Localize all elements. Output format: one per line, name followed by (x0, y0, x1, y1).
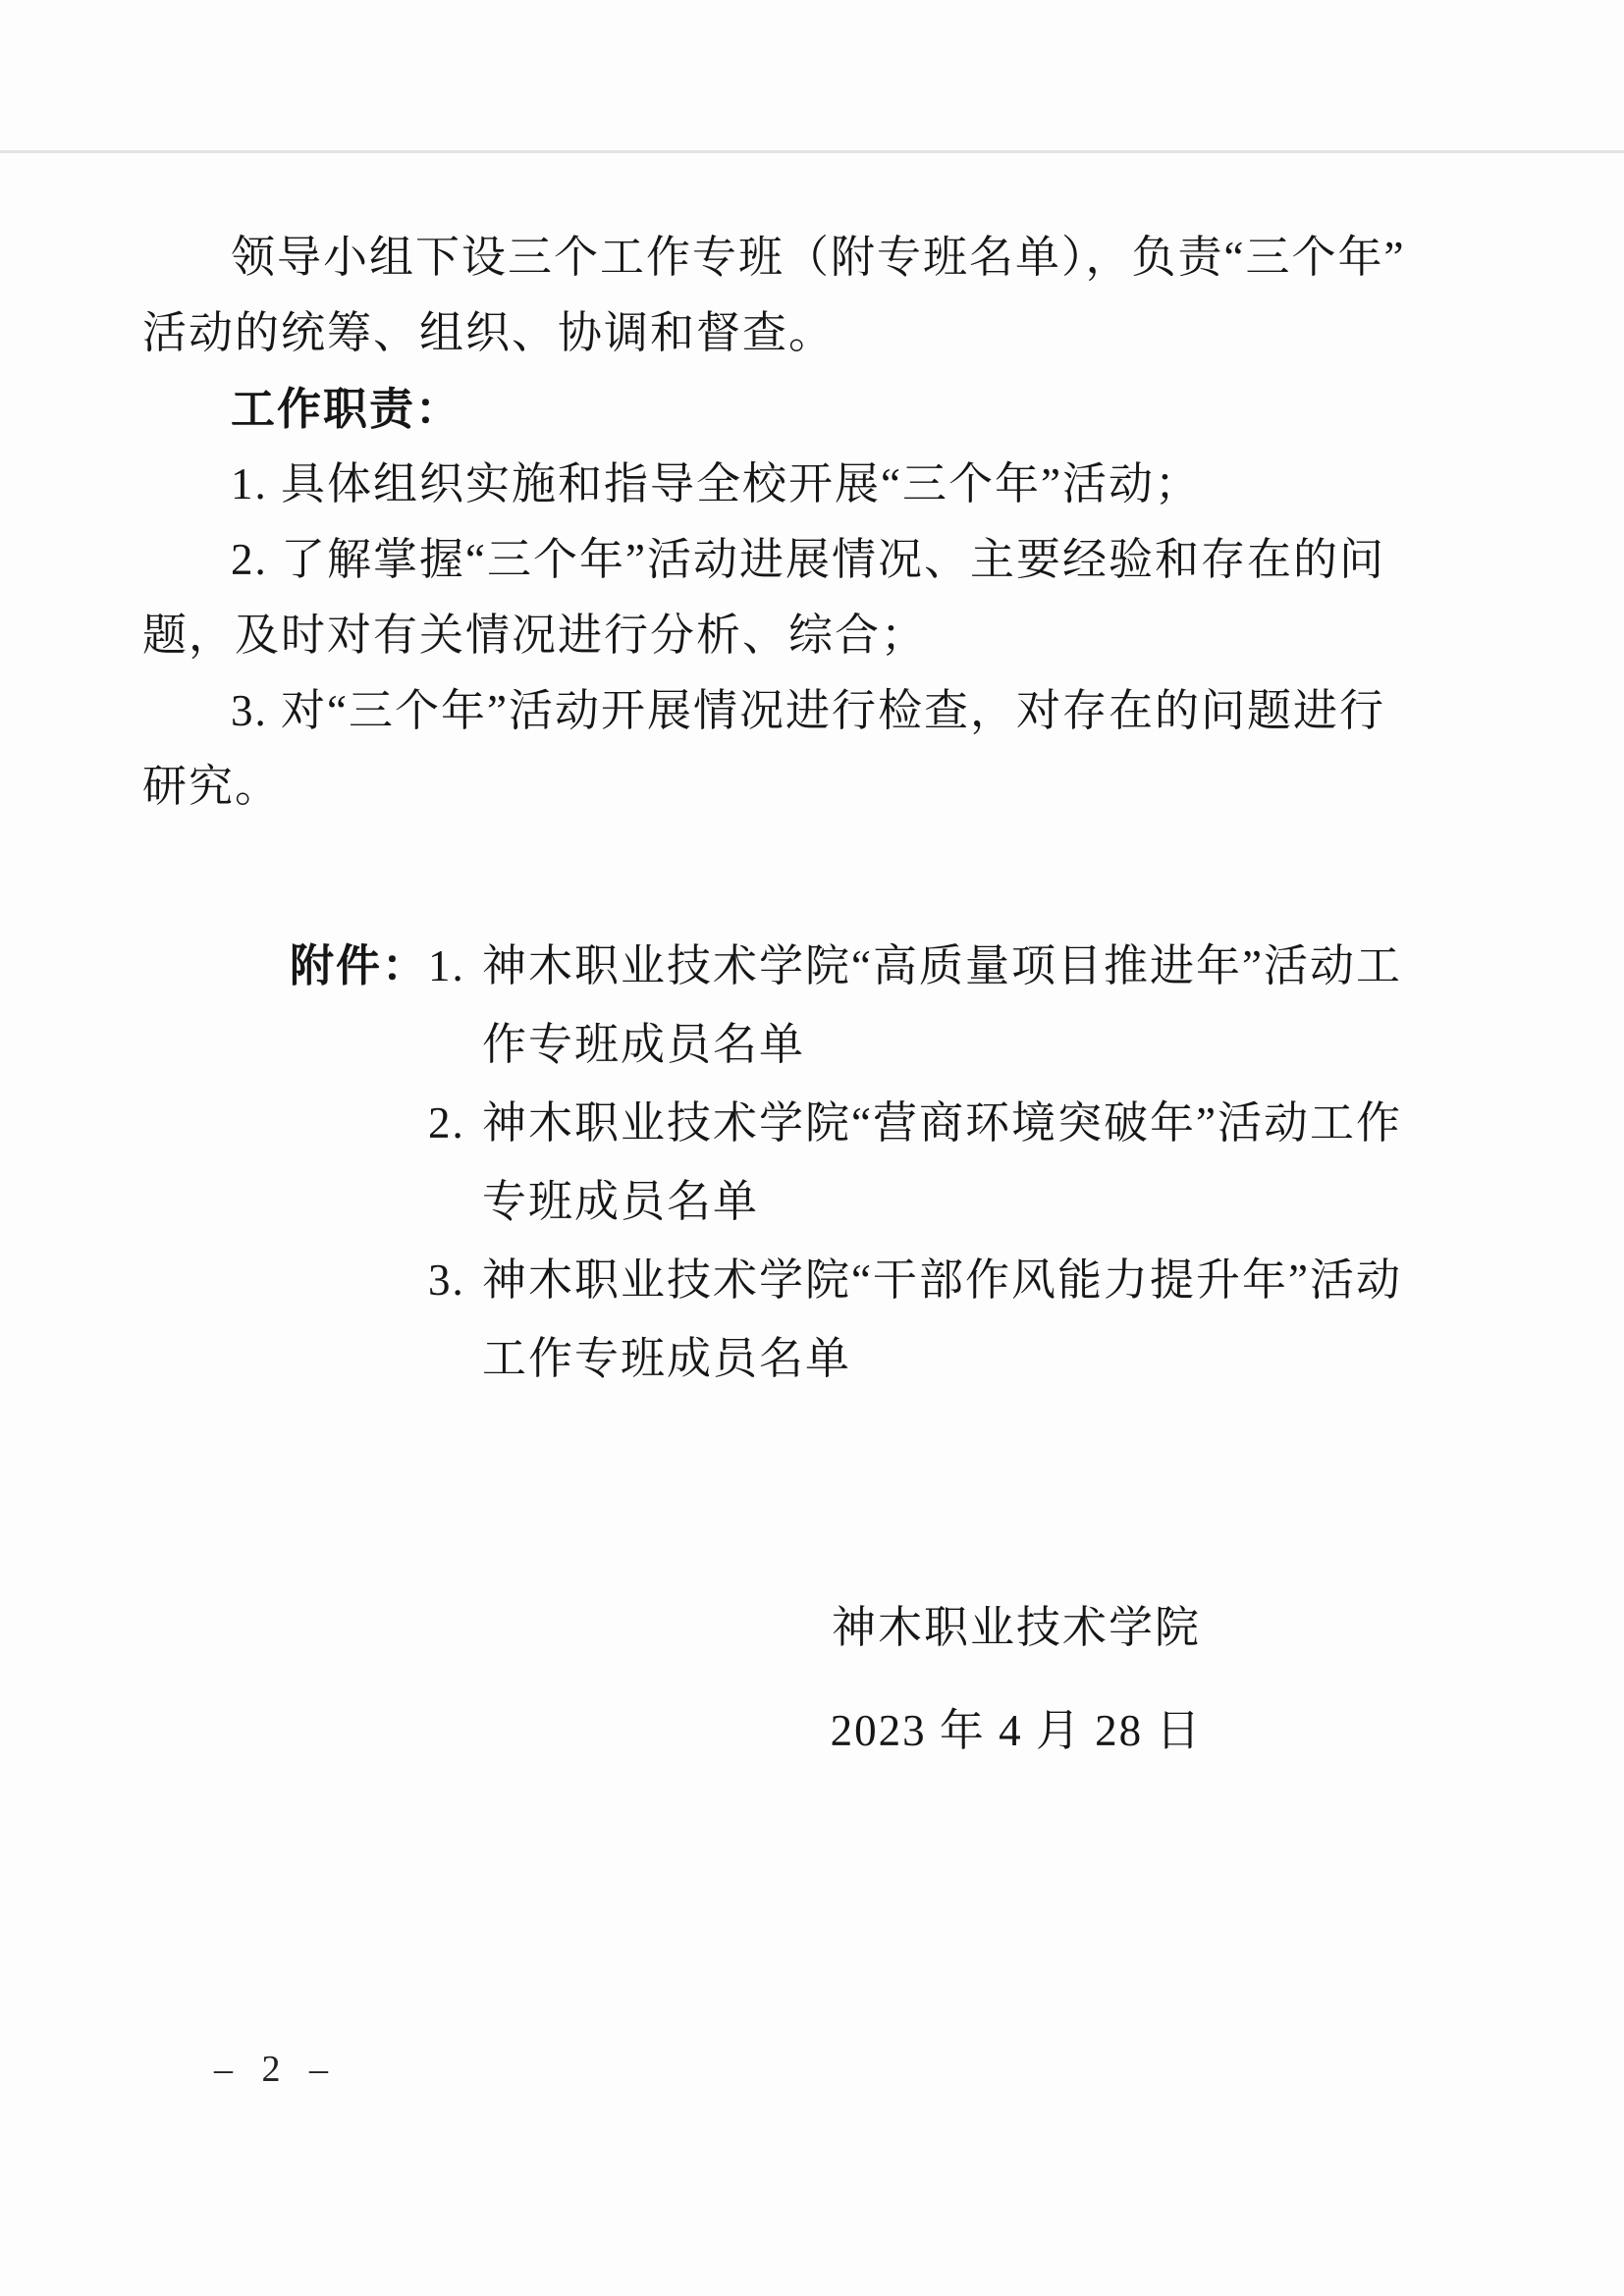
attachment-item-number: 3. (428, 1241, 482, 1319)
duty-line: 2. 了解掌握“三个年”活动进展情况、主要经验和存在的问 (142, 522, 1470, 598)
duty-line: 1. 具体组织实施和指导全校开展“三个年”活动； (142, 447, 1470, 522)
body-line: 活动的统筹、组织、协调和督查。 (142, 295, 1470, 371)
attachment-label: 附件： (290, 927, 428, 1005)
duty-line: 研究。 (142, 749, 1470, 825)
attachment-item-line: 神木职业技术学院“高质量项目推进年”活动工 (482, 941, 1402, 990)
duty-line: 题，及时对有关情况进行分析、综合； (142, 598, 1470, 673)
body-line: 领导小组下设三个工作专班（附专班名单），负责“三个年” (142, 220, 1470, 295)
attachment-item: 2.神木职业技术学院“营商环境突破年”活动工作 专班成员名单 (428, 1084, 1470, 1241)
signature-date: 2023 年 4 月 28 日 (712, 1693, 1321, 1769)
duty-line: 3. 对“三个年”活动开展情况进行检查，对存在的问题进行 (142, 673, 1470, 749)
attachment-item-line: 神木职业技术学院“营商环境突破年”活动工作 (482, 1098, 1402, 1148)
attachment-item: 1.神木职业技术学院“高质量项目推进年”活动工 作专班成员名单 (428, 927, 1470, 1084)
document-page: 领导小组下设三个工作专班（附专班名单），负责“三个年” 活动的统筹、组织、协调和… (0, 0, 1624, 2296)
attachment-block: 附件： 1.神木职业技术学院“高质量项目推进年”活动工 作专班成员名单 2.神木… (142, 927, 1470, 1398)
attachment-item-line: 作专班成员名单 (428, 1005, 1470, 1084)
attachment-list: 1.神木职业技术学院“高质量项目推进年”活动工 作专班成员名单 2.神木职业技术… (428, 927, 1470, 1398)
attachment-item-number: 2. (428, 1084, 482, 1162)
attachment-item-line: 专班成员名单 (428, 1162, 1470, 1241)
attachment-item: 3.神木职业技术学院“干部作风能力提升年”活动 工作专班成员名单 (428, 1241, 1470, 1398)
signature-block: 神木职业技术学院 2023 年 4 月 28 日 (712, 1590, 1321, 1769)
page-number: – 2 – (214, 2048, 338, 2091)
attachment-item-number: 1. (428, 927, 482, 1005)
scan-artifact-line (0, 150, 1624, 153)
document-body: 领导小组下设三个工作专班（附专班名单），负责“三个年” 活动的统筹、组织、协调和… (142, 220, 1470, 1769)
signature-org: 神木职业技术学院 (712, 1590, 1321, 1666)
attachment-item-line: 工作专班成员名单 (428, 1319, 1470, 1398)
section-heading: 工作职责： (142, 371, 1470, 447)
attachment-item-line: 神木职业技术学院“干部作风能力提升年”活动 (482, 1255, 1402, 1305)
